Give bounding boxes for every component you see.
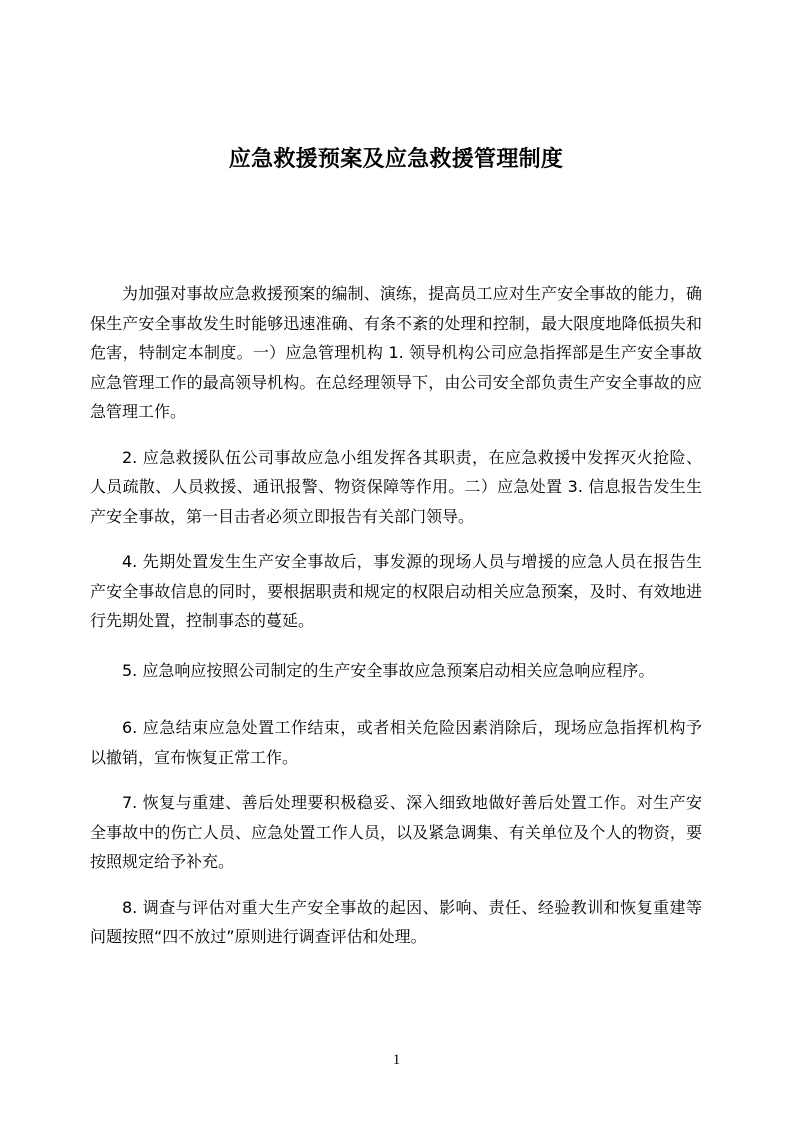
page-number: 1: [0, 1050, 793, 1070]
document-content: 应急救援预案及应急救援管理制度 为加强对事故应急救援预案的编制、演练，提高员工应…: [0, 0, 793, 952]
paragraph-intro: 为加强对事故应急救援预案的编制、演练，提高员工应对生产安全事故的能力，确保生产安…: [90, 279, 702, 427]
paragraph-item-8: 8. 调查与评估对重大生产安全事故的起因、影响、责任、经验教训和恢复重建等问题按…: [90, 893, 702, 952]
document-title: 应急救援预案及应急救援管理制度: [90, 143, 702, 176]
paragraph-item-4: 4. 先期处置发生生产安全事故后，事发源的现场人员与增援的应急人员在报告生产安全…: [90, 547, 702, 636]
paragraph-item-6: 6. 应急结束应急处置工作结束，或者相关危险因素消除后，现场应急指挥机构予以撤销…: [90, 713, 702, 772]
document-page: 应急救援预案及应急救援管理制度 为加强对事故应急救援预案的编制、演练，提高员工应…: [0, 0, 793, 1122]
paragraph-item-5: 5. 应急响应按照公司制定的生产安全事故应急预案启动相关应急响应程序。: [90, 656, 702, 686]
paragraph-item-2: 2. 应急救援队伍公司事故应急小组发挥各其职责，在应急救援中发挥灭火抢险、人员疏…: [90, 443, 702, 532]
paragraph-item-7: 7. 恢复与重建、善后处理要积极稳妥、深入细致地做好善后处置工作。对生产安全事故…: [90, 788, 702, 877]
